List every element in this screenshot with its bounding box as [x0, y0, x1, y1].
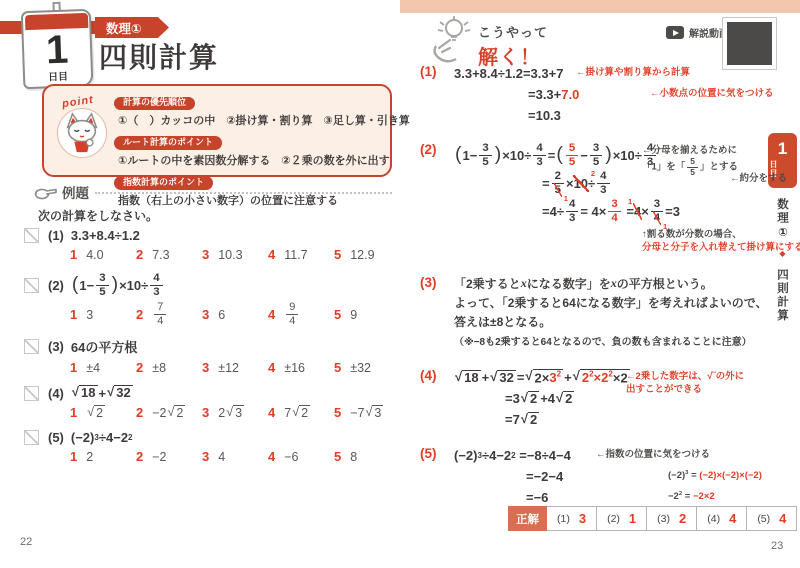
option: 512.9 — [334, 247, 400, 262]
day-number: 1 — [23, 29, 90, 71]
option: 13 — [70, 307, 136, 322]
solution-annotation: ←掛け算や割り算から計算 — [576, 66, 690, 79]
solution-item: (1)3.3+8.4÷1.2=3.3+7←掛け算や割り算から計算=3.3+7.0… — [420, 62, 766, 127]
solution-line: よって、「2乗すると64になる数字」を考えればよいので、 — [454, 294, 768, 311]
option-value: −73 — [350, 405, 384, 420]
option-number: 1 — [70, 360, 77, 375]
subject-badge: 数理① — [95, 17, 169, 38]
day-label: 日目 — [25, 67, 91, 84]
square-root: 2 — [556, 391, 574, 407]
option-value: 11.7 — [284, 248, 307, 262]
option: 323 — [202, 405, 268, 420]
square-root: 2 — [521, 391, 539, 407]
option-number: 5 — [334, 449, 341, 464]
answer-checkbox[interactable] — [24, 339, 39, 354]
solution-number: (4) — [420, 366, 454, 431]
option: 58 — [334, 449, 400, 464]
solution-line: 「2乗するとxになる数字」をxの平方根という。 — [454, 275, 768, 292]
fraction: 43 — [566, 198, 578, 224]
option-value: 10.3 — [218, 248, 242, 262]
answer-question: (5) — [757, 513, 770, 525]
option: 12 — [70, 405, 136, 420]
qr-code-image — [727, 22, 772, 65]
example-heading: 例題 — [34, 182, 392, 202]
fraction: 55 — [566, 142, 578, 168]
solution-annotation: ←小数点の位置に気をつける — [650, 87, 774, 100]
cancelled-number: 41 — [634, 204, 641, 219]
option: 2−2 — [136, 449, 202, 464]
point-section-text: ①（ ）カッコの中 ②掛け算・割り算 ③足し算・引き算 — [118, 112, 382, 128]
play-icon[interactable] — [666, 26, 684, 39]
option-number: 3 — [202, 247, 209, 262]
option: 34 — [202, 449, 268, 464]
problem-number: (4) — [48, 386, 64, 401]
option-number: 1 — [70, 307, 77, 322]
option: 5−73 — [334, 405, 400, 420]
option-value: ±8 — [152, 361, 166, 375]
option-number: 2 — [136, 307, 143, 322]
solution-line: =−6−22 = −2×2 — [526, 488, 766, 507]
option: 12 — [70, 449, 136, 464]
tab-day-number: 1 — [768, 140, 797, 157]
solution-line: 3.3+8.4÷1.2=3.3+7←掛け算や割り算から計算 — [454, 64, 766, 83]
option-number: 3 — [202, 360, 209, 375]
option: 3±12 — [202, 360, 268, 375]
option-value: −2 — [152, 450, 166, 464]
fraction: 35 — [479, 142, 491, 168]
option: 5±32 — [334, 360, 400, 375]
solution-line: =3.3+7.0←小数点の位置に気をつける — [528, 85, 766, 104]
option-value: 7.3 — [152, 248, 169, 262]
option-number: 4 — [268, 360, 275, 375]
answer-question: (4) — [707, 513, 720, 525]
answer-value: 4 — [779, 511, 786, 526]
option-value: ±32 — [350, 361, 371, 375]
solution-annotation: ↑割る数が分数の場合、分母と分子を入れ替えて掛け算にする — [642, 228, 800, 255]
tab-chapter-text: 数理① ◆ 四則計算 — [774, 198, 790, 322]
option-number: 4 — [268, 405, 275, 420]
cancelled-number: 41 — [654, 212, 660, 224]
problem-item: (5)(−2)3÷4−22122−2344−658 — [24, 430, 396, 464]
answer-bar-label: 正解 — [508, 506, 547, 531]
instruction-text: 次の計算をしなさい。 — [38, 207, 158, 224]
option-value: 72 — [284, 405, 311, 420]
problem-row: (2)(1−35)×10÷43 — [24, 272, 396, 298]
problem-row: (4)18 +32 — [24, 385, 396, 401]
solution-line: ↑割る数が分数の場合、分母と分子を入れ替えて掛け算にする — [454, 226, 766, 253]
answer-value: 2 — [679, 511, 686, 526]
fox-mascot-icon — [57, 108, 107, 158]
square-root: 2 — [87, 405, 105, 420]
option-value: 74 — [152, 302, 168, 327]
option-value: 23 — [218, 405, 245, 420]
mascot: point — [54, 94, 110, 172]
problem-item: (4)18 +32122−223234725−73 — [24, 385, 396, 420]
solution-line: 答えは±8となる。 — [454, 313, 768, 330]
option-number: 1 — [70, 405, 77, 420]
problem-expression: 3.3+8.4÷1.2 — [71, 228, 140, 243]
fraction: 34 — [608, 198, 620, 224]
answer-question: (2) — [607, 513, 620, 525]
fraction: 74 — [154, 302, 166, 327]
option-number: 2 — [136, 405, 143, 420]
solution-item: (2)(1−35)×10÷43=(55−35)×10÷43←分母を揃えるために「… — [420, 140, 766, 255]
solution-body: 「2乗するとxになる数字」をxの平方根という。よって、「2乗すると64になる数字… — [454, 273, 768, 351]
square-root: 3 — [226, 405, 244, 420]
fraction: 35 — [96, 272, 108, 298]
answer-checkbox[interactable] — [24, 228, 39, 243]
solution-line: (−2)3÷4−22 =−8÷4−4←指数の位置に気をつける — [454, 446, 766, 465]
problem-number: (1) — [48, 228, 64, 243]
solution-body: (1−35)×10÷43=(55−35)×10÷43←分母を揃えるために「1」を… — [454, 140, 766, 255]
option: 4±16 — [268, 360, 334, 375]
answer-question: (1) — [557, 513, 570, 525]
problem-number: (5) — [48, 430, 64, 445]
option-value: 94 — [284, 302, 300, 327]
solution-line: =−2−4(−2)3 = (−2)×(−2)×(−2) — [526, 467, 766, 486]
solution-body: 3.3+8.4÷1.2=3.3+7←掛け算や割り算から計算=3.3+7.0←小数… — [454, 62, 766, 127]
square-root: 3 — [366, 405, 384, 420]
option-number: 5 — [334, 307, 341, 322]
solution-line: =32+42 — [505, 389, 766, 408]
fraction: 43 — [150, 272, 162, 298]
option-number: 4 — [268, 307, 275, 322]
solution-item: (4)18+32=2×32+22×22×2←2乗した数字は、√‾の外に出すことが… — [420, 366, 766, 431]
square-root: 22×22×2 — [573, 369, 630, 386]
option-number: 5 — [334, 247, 341, 262]
option-value: 4.0 — [86, 248, 103, 262]
solution-number: (1) — [420, 62, 454, 127]
day-calendar-icon: 1 日目 — [21, 3, 94, 89]
problem-item: (2)(1−35)×10÷43132743649459 — [24, 272, 396, 327]
fraction: 43 — [533, 142, 545, 168]
option-number: 2 — [136, 360, 143, 375]
option-number: 1 — [70, 449, 77, 464]
solution-line: （※−8も2乗すると64となるので、負の数も含まれることに注意） — [454, 332, 768, 349]
calendar-body: 1 日目 — [21, 9, 94, 89]
howto-line1: こうやって — [478, 22, 548, 41]
option-number: 3 — [202, 449, 209, 464]
point-section-badge: ルート計算のポイント — [114, 136, 222, 150]
option-number: 2 — [136, 449, 143, 464]
solution-line: =4÷43= 4×34 =41×341=3 — [542, 198, 766, 224]
right-page: こうやって 解く！ 解説動画 1 日目 数理① ◆ 四則計算 (1)3.3+8.… — [400, 0, 800, 568]
answer-question: (3) — [657, 513, 670, 525]
option: 27.3 — [136, 247, 202, 262]
problem-expression: 64の平方根 — [71, 337, 137, 356]
option-value: ±4 — [86, 361, 100, 375]
option-value: 4 — [218, 450, 225, 464]
problem-expression: (−2)3÷4−22 — [71, 430, 133, 445]
option-value: ±16 — [284, 361, 305, 375]
option-number: 5 — [334, 360, 341, 375]
problem-row: (3)64の平方根 — [24, 337, 396, 356]
tab-title: 四則計算 — [776, 268, 788, 322]
answer-value: 1 — [629, 511, 636, 526]
answer-value: 4 — [729, 511, 736, 526]
solution-annotation: ←約分をする — [730, 172, 787, 185]
option-value: 3 — [86, 308, 93, 322]
option: 411.7 — [268, 247, 334, 262]
solution-line: =251×102÷43←約分をする — [542, 170, 766, 196]
book-spread: 1 日目 数理① 四則計算 point — [0, 0, 800, 568]
option-number: 1 — [70, 247, 77, 262]
problem-number: (3) — [48, 339, 64, 354]
square-root: 18 — [72, 385, 98, 401]
answer-checkbox[interactable] — [24, 430, 39, 445]
point-section-text: ①ルートの中を素因数分解する ②２乗の数を外に出す — [118, 152, 382, 168]
answer-cell: (3)2 — [647, 506, 697, 531]
answer-value: 3 — [579, 511, 586, 526]
fraction: 251 — [552, 170, 564, 196]
problem-expression: (1−35)×10÷43 — [71, 272, 165, 298]
option-number: 4 — [268, 449, 275, 464]
page-number-left: 22 — [20, 536, 32, 548]
left-page: 1 日目 数理① 四則計算 point — [0, 0, 400, 568]
solution-annotation: ←指数の位置に気をつける — [596, 448, 710, 461]
example-title: 例題 — [62, 182, 89, 202]
option-value: 12.9 — [350, 248, 374, 262]
answer-cell: (1)3 — [547, 506, 597, 531]
solution-item: (3)「2乗するとxになる数字」をxの平方根という。よって、「2乗すると64にな… — [420, 273, 766, 351]
fraction: 35 — [590, 142, 602, 168]
square-root: 18 — [455, 370, 481, 386]
option-number: 3 — [202, 405, 209, 420]
solution-number: (2) — [420, 140, 454, 255]
option-value: 6 — [218, 308, 225, 322]
solution-line: =72 — [505, 410, 766, 429]
page-title: 四則計算 — [99, 36, 219, 76]
option: 310.3 — [202, 247, 268, 262]
option: 494 — [268, 302, 334, 327]
option-value: 2 — [86, 405, 106, 420]
answer-cell: (4)4 — [697, 506, 747, 531]
solution-list: (1)3.3+8.4÷1.2=3.3+7←掛け算や割り算から計算=3.3+7.0… — [420, 62, 766, 543]
point-section: ルート計算のポイント①ルートの中を素因数分解する ②２乗の数を外に出す — [114, 132, 382, 168]
option-number: 2 — [136, 247, 143, 262]
square-root: 2 — [168, 405, 186, 420]
option: 274 — [136, 302, 202, 327]
answer-checkbox[interactable] — [24, 278, 39, 293]
problem-number: (2) — [48, 278, 64, 293]
options-row: 122−2344−658 — [70, 449, 396, 464]
problem-item: (3)64の平方根1±42±83±124±165±32 — [24, 337, 396, 375]
fraction: 43 — [597, 170, 609, 196]
answer-cell: (2)1 — [597, 506, 647, 531]
option-number: 5 — [334, 405, 341, 420]
option-value: −22 — [152, 405, 186, 420]
option-number: 4 — [268, 247, 275, 262]
option: 472 — [268, 405, 334, 420]
solution-line: 18+32=2×32+22×22×2←2乗した数字は、√‾の外に出すことができる — [454, 368, 766, 387]
fraction: 94 — [286, 302, 298, 327]
cancelled-number: 102 — [574, 176, 588, 191]
video-link[interactable]: 解説動画 — [666, 25, 729, 40]
option: 4−6 — [268, 449, 334, 464]
problem-row: (1)3.3+8.4÷1.2 — [24, 228, 396, 243]
option: 2−22 — [136, 405, 202, 420]
option-value: −6 — [284, 450, 298, 464]
answer-cell: (5)4 — [747, 506, 797, 531]
option-value: 8 — [350, 450, 357, 464]
square-root: 2 — [521, 412, 539, 428]
idea-hand-icon — [428, 16, 474, 64]
answer-bar: 正解 (1)3(2)1(3)2(4)4(5)4 — [508, 506, 797, 531]
square-root: 32 — [107, 385, 133, 401]
option-value: ±12 — [218, 361, 239, 375]
problem-row: (5)(−2)3÷4−22 — [24, 430, 396, 445]
answer-cells: (1)3(2)1(3)2(4)4(5)4 — [547, 506, 797, 531]
answer-checkbox[interactable] — [24, 386, 39, 401]
option-value: 9 — [350, 308, 357, 322]
dotted-rule — [95, 192, 392, 194]
pointing-hand-icon — [34, 185, 58, 200]
square-root: 2×32 — [525, 369, 563, 386]
page-number-right: 23 — [771, 540, 783, 552]
solution-number: (3) — [420, 273, 454, 351]
options-row: 132743649459 — [70, 302, 396, 327]
point-box: point 計算の優先順位①（ ） — [42, 84, 392, 177]
option-number: 3 — [202, 307, 209, 322]
solution-annotation: −22 = −2×2 — [668, 490, 715, 503]
square-root: 2 — [292, 405, 310, 420]
problem-expression: 18 +32 — [71, 385, 134, 401]
top-band — [400, 0, 800, 13]
solution-line: =10.3 — [528, 106, 766, 125]
cancelled-number: 51 — [555, 184, 561, 196]
options-row: 1±42±83±124±165±32 — [70, 360, 396, 375]
option: 1±4 — [70, 360, 136, 375]
problem-item: (1)3.3+8.4÷1.214.027.3310.3411.7512.9 — [24, 228, 396, 262]
problem-list: (1)3.3+8.4÷1.214.027.3310.3411.7512.9(2)… — [24, 228, 396, 474]
option: 14.0 — [70, 247, 136, 262]
point-section-badge: 計算の優先順位 — [114, 97, 195, 111]
fraction: 341 — [651, 198, 663, 224]
solution-body: 18+32=2×32+22×22×2←2乗した数字は、√‾の外に出すことができる… — [454, 366, 766, 431]
option-value: 2 — [86, 450, 93, 464]
solution-line: (1−35)×10÷43=(55−35)×10÷43←分母を揃えるために「1」を… — [454, 142, 766, 168]
option: 2±8 — [136, 360, 202, 375]
solution-number: (5) — [420, 444, 454, 530]
option: 36 — [202, 307, 268, 322]
solution-annotation: (−2)3 = (−2)×(−2)×(−2) — [668, 469, 762, 482]
square-root: 32 — [490, 370, 516, 386]
point-section: 計算の優先順位①（ ）カッコの中 ②掛け算・割り算 ③足し算・引き算 — [114, 92, 382, 128]
options-row: 14.027.3310.3411.7512.9 — [70, 247, 396, 262]
option: 59 — [334, 307, 400, 322]
options-row: 122−223234725−73 — [70, 405, 396, 420]
